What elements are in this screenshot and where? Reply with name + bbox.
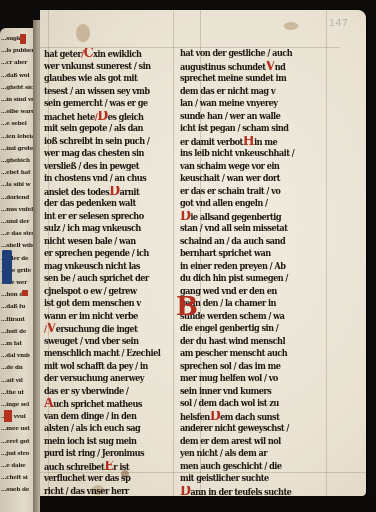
text-fragment: helsfen [180,412,210,423]
text-fragment: nd [275,62,286,73]
left-page-text-line: ...sugkt [1,36,35,42]
text-line: wer mag das chesten sin [44,148,170,161]
left-page-text-line: ...daß wol [1,73,35,79]
left-page-text-line: ...e sebel [1,121,35,127]
text-line: verfluchet wer das sp [44,473,170,486]
left-page-text-line: ...ghebich [1,158,35,164]
text-line: in chostens vnd / an chus [44,173,170,186]
left-page-text-line: ...in sind vmb [1,97,35,103]
text-line: am pescher menscht auch [180,348,328,361]
text-line: schaind an / da auch sand [180,236,328,249]
text-line: wer vnkunst sunerest / sin [44,61,170,74]
text-line: in einer reden preyen / Ab [180,261,328,274]
red-initial: D [210,411,220,421]
text-line: ioß schreibt in sein puch / [44,136,170,149]
left-page-text-line: ...inge sel [1,402,35,408]
manuscript-page: 147 hat geter/Cxin ewiklichwer vnkunst s… [40,10,366,496]
text-line: mag vnkeusch nicht las [44,261,170,274]
text-line: er das er schain trait / vo [180,186,328,199]
decorated-initial-b: B [176,294,198,320]
left-page-text-line: ...ls pubber [1,48,35,54]
text-fragment: em dach sunst [220,412,279,423]
text-line: sulz / ich mag vnkeusch [44,223,170,236]
text-line: got vnd allen engeln / [180,198,328,211]
red-initial-mark [22,290,28,296]
text-line: sprechen sol / das im me [180,361,328,374]
text-line: hat von der gestliche / auch [180,48,328,61]
text-column-right: hat von der gestliche / auchaugustinus s… [180,48,328,498]
left-page-text-line: ...chelt si [1,475,35,481]
left-page-text-line: ...e das sterk [1,231,35,237]
text-fragment: augustinus schundet [180,62,265,73]
text-line: die engel genbertig sin / [180,323,328,336]
text-column-left: hat geter/Cxin ewiklichwer vnkunst suner… [44,48,170,511]
text-line: gedn den / la chamer in [180,298,328,311]
text-line: augustinus schundetVnd [180,61,328,74]
left-page-text-line: ...cr aber [1,60,35,66]
text-line: keuschait / wan wer dort [180,173,328,186]
red-initial: D [180,211,190,221]
text-line: mein ioch ist sug mein [44,436,170,449]
text-line: lan / wan meine vnyerey [180,98,328,111]
left-page-text-line: ...daß fu [1,304,35,310]
text-fragment: er damit verbot [180,137,243,148]
text-line: sweuget / vnd vber sein [44,336,170,349]
text-line: bernhart sprichet wan [180,248,328,261]
text-line: mit geistlicher suchte [180,473,328,486]
red-initial: V [265,61,274,71]
text-fragment: am pescher menscht auch [180,348,287,359]
text-line: er sprechen pegende / ich [44,248,170,261]
text-line: sein inner vnd kumers [180,386,328,399]
left-page-text-line: ...hon de [1,292,35,298]
left-page-text-line: ...ien lebeia [1,134,35,140]
text-fragment: ersuchung die in [56,324,125,335]
left-page-text-line: ...m fat [1,341,35,347]
left-page-text-line: ...nus vnfel [1,207,35,213]
text-line: cjnelspot o ew / getrew [44,286,170,299]
text-line: auch schreibetEr ist [44,461,170,474]
text-line: men auch geschicht / die [180,461,328,474]
red-initial: H [243,136,254,146]
text-line: der du hast wind menschl [180,336,328,349]
text-line: sunde werden schem / wa [180,311,328,324]
text-line: hat geter/Cxin ewiklich [44,48,170,61]
red-initial: A [44,398,53,408]
text-line: er damit verbotHin me [180,136,328,149]
stain [284,22,298,30]
text-line: der das pedenken walt [44,198,170,211]
text-fragment: arnit [120,187,140,198]
left-page-text-line: ...the ut [1,390,35,396]
left-page-text-line: ...sueh de [1,487,35,493]
left-page-text-line: ...ebet hat [1,170,35,176]
text-line: dem das er nicht mag v [180,86,328,99]
text-fragment: in me [254,137,277,148]
folio-number: 147 [329,18,348,29]
text-line: purd ist ring / Jeronimus [44,448,170,461]
text-line: Auch sprichet matheus [44,398,170,411]
left-page-text-line: ...flirant [1,317,35,323]
text-fragment: machet hete [44,112,95,123]
blue-lombard-initial [2,250,12,284]
text-fragment: auch schreibet [44,462,104,473]
text-line: icht ist pegan / scham sind [180,123,328,136]
red-initial: C [84,48,93,58]
text-fragment: ansiet des todes [44,187,109,198]
text-line: nicht wesen bale / wan [44,236,170,249]
text-line: sprechet meine sundet im [180,73,328,86]
left-page-text-line: ...dal vmb [1,353,35,359]
text-line: int er er selesen sprecho [44,211,170,224]
text-line: sol / dem dach wol ist zu [180,398,328,411]
text-line: sein gemercht / was er ge [44,98,170,111]
text-fragment: uch sprichet matheus [53,399,142,410]
text-fragment: get [124,324,137,335]
text-line: das er sy vberwinde / [44,386,170,399]
red-initial: D [180,486,190,496]
red-initial-mark [20,34,26,44]
text-line: stan / vnd all sein missetat [180,223,328,236]
text-line: sunde han / wer an walle [180,111,328,124]
left-page-text-line: ...olbe ward [1,109,35,115]
text-line: /Versuchung die inget [44,323,170,336]
stain [76,24,90,42]
left-page-text-line: ...la sibl w [1,182,35,188]
text-fragment: xin ewiklich [93,49,141,60]
text-line: ansiet des todesDarnit [44,186,170,199]
red-initial: D [109,186,119,196]
text-line: helsfenDem dach sunst [180,411,328,424]
text-fragment: r ist [113,462,129,473]
text-line: wann er im nicht verbe [44,311,170,324]
text-line: alsten / als ich euch sag [44,423,170,436]
text-fragment: ie allsand gegenbertig [190,212,281,223]
text-line: tesest / an wissen sey vmb [44,86,170,99]
left-page-text-line: ...ind grotes [1,146,35,152]
text-line: mit wol schafft da pey / in [44,361,170,374]
background-edge [40,496,376,512]
text-line: yen nicht / als dem ar [180,448,328,461]
left-page-text-line: ...de dn [1,365,35,371]
left-page-text-line: ...und der [1,219,35,225]
text-line: mer mug helfen wol / vo [180,373,328,386]
text-fragment: es gleich [108,112,144,123]
text-line: machet hete/Des gleich [44,111,170,124]
left-page-text-line: ...ghebt sich [1,85,35,91]
left-page-text-line: ...mee ust [1,426,35,432]
left-page-text-line: ...jud stro [1,451,35,457]
text-line: anderer nicht geweyschst / [180,423,328,436]
red-initial-mark [4,410,12,422]
text-fragment: hat geter [44,49,81,60]
text-line: sen be / auch sprichet der [44,273,170,286]
text-line: ist got dem menschen v [44,298,170,311]
text-line: van schaim wege vor ein [180,161,328,174]
left-page-text-line: ...shelf wibel [1,243,35,249]
left-page-text-line: ...eret got [1,439,35,445]
red-initial: D [97,111,107,121]
text-line: dem er dem arest wil nol [180,436,328,449]
text-line: der versuchung anerwey [44,373,170,386]
text-line: van dem dinge / in den [44,411,170,424]
text-line: menschlich macht / Ezechiel [44,348,170,361]
text-line: du dich hin pist sumegen / [180,273,328,286]
text-line: glaubes wie als got mit [44,73,170,86]
left-page-text-line: ...hsit de [1,329,35,335]
red-initial: V [46,323,55,333]
text-line: versließ / des in pewget [44,161,170,174]
text-line: gang wed vnd er den en [180,286,328,299]
text-line: mit sein gepote / als dan [44,123,170,136]
left-page-text-line: ...e dabe [1,463,35,469]
left-page-text-line: ...ait vil [1,378,35,384]
ruling-line [173,10,174,496]
text-line: Die allsand gegenbertig [180,211,328,224]
left-page-text-line: ...dorlend [1,195,35,201]
text-line: ins leib nicht vnkeuschhait / [180,148,328,161]
red-initial: E [104,461,113,471]
